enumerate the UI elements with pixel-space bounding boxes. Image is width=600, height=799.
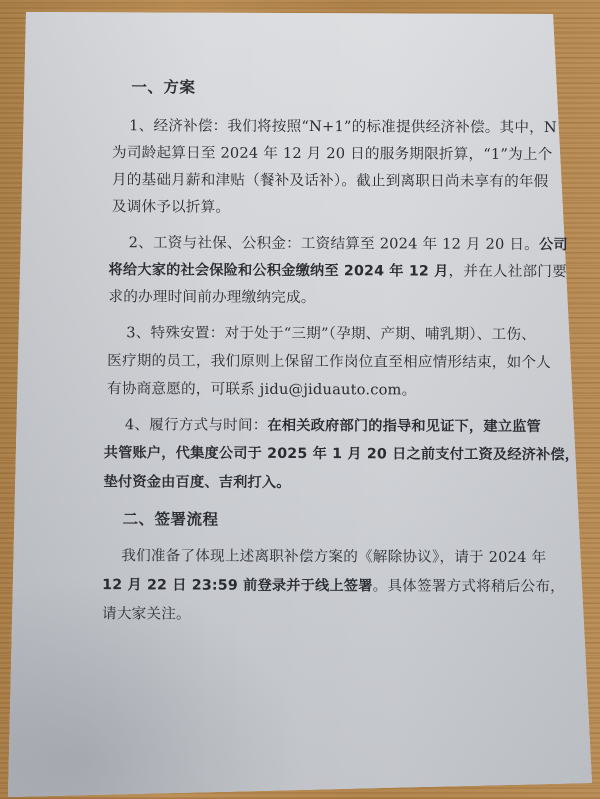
item2-line1: 2、工资与社保、公积金：工资结算至 2024 年 12 月 20 日。公司 [129, 231, 568, 254]
item4-line3: 垫付资金由百度、吉利打入。 [104, 471, 291, 492]
item1-line1: 1、经济补偿：我们将按照“N+1”的标准提供经济补偿。其中，N [129, 114, 557, 137]
item4-line2: 共管账户，代集度公司于 2025 年 1 月 20 日之前支付工资及经济补偿， [104, 442, 580, 464]
document-content: 一、方案 1、经济补偿：我们将按照“N+1”的标准提供经济补偿。其中，N 为司龄… [0, 0, 600, 799]
item2-line2: 将给大家的社会保险和公积金缴纳至 2024 年 12 月，并在人社部门要 [109, 258, 567, 281]
section-heading-plan: 一、方案 [131, 75, 195, 97]
item3-line3: 有协商意愿的，可联系 jidu@jiduauto.com。 [107, 377, 416, 399]
item1-line4: 及调休予以折算。 [112, 195, 230, 217]
item2-line1-bold: 公司 [539, 237, 568, 253]
signing-line2-text: 。具体签署方式将稍后公布， [373, 577, 565, 595]
section-heading-signing: 二、签署流程 [122, 507, 218, 529]
item4-line1-text: 4、履行方式与时间： [125, 416, 268, 434]
signing-line1: 我们准备了体现上述离职补偿方案的《解除协议》，请于 2024 年 [121, 544, 546, 567]
item4-line1-bold: 在相关政府部门的指导和见证下，建立监管 [267, 418, 540, 435]
item1-line2: 为司龄起算日至 2024 年 12 月 20 日的服务期限折算，“1”为上个 [112, 141, 552, 164]
item2-line3: 求的办理时间前办理缴纳完成。 [108, 285, 315, 307]
signing-deadline-bold: 12 月 22 日 23:59 前登录并于线上签署 [102, 577, 372, 594]
item2-line2-text: ，并在人社部门要 [448, 263, 566, 281]
item1-line3: 月的基础月薪和津贴（餐补及话补）。截止到离职日尚未享有的年假 [112, 168, 549, 191]
item4-line1: 4、履行方式与时间：在相关政府部门的指导和见证下，建立监管 [125, 413, 541, 436]
item3-line1: 3、特殊安置：对于处于“三期”（孕期、产期、哺乳期）、工伤、 [126, 321, 536, 344]
item2-line1-text: 2、工资与社保、公积金：工资结算至 2024 年 12 月 20 日。 [129, 234, 539, 253]
signing-line3: 请大家关注。 [102, 602, 191, 623]
item2-line2-bold: 将给大家的社会保险和公积金缴纳至 2024 年 12 月 [109, 262, 449, 279]
signing-line2: 12 月 22 日 23:59 前登录并于线上签署。具体签署方式将稍后公布， [102, 573, 565, 596]
item3-line2: 医疗期的员工，我们原则上保留工作岗位直至相应情形结束，如个人 [107, 349, 551, 372]
